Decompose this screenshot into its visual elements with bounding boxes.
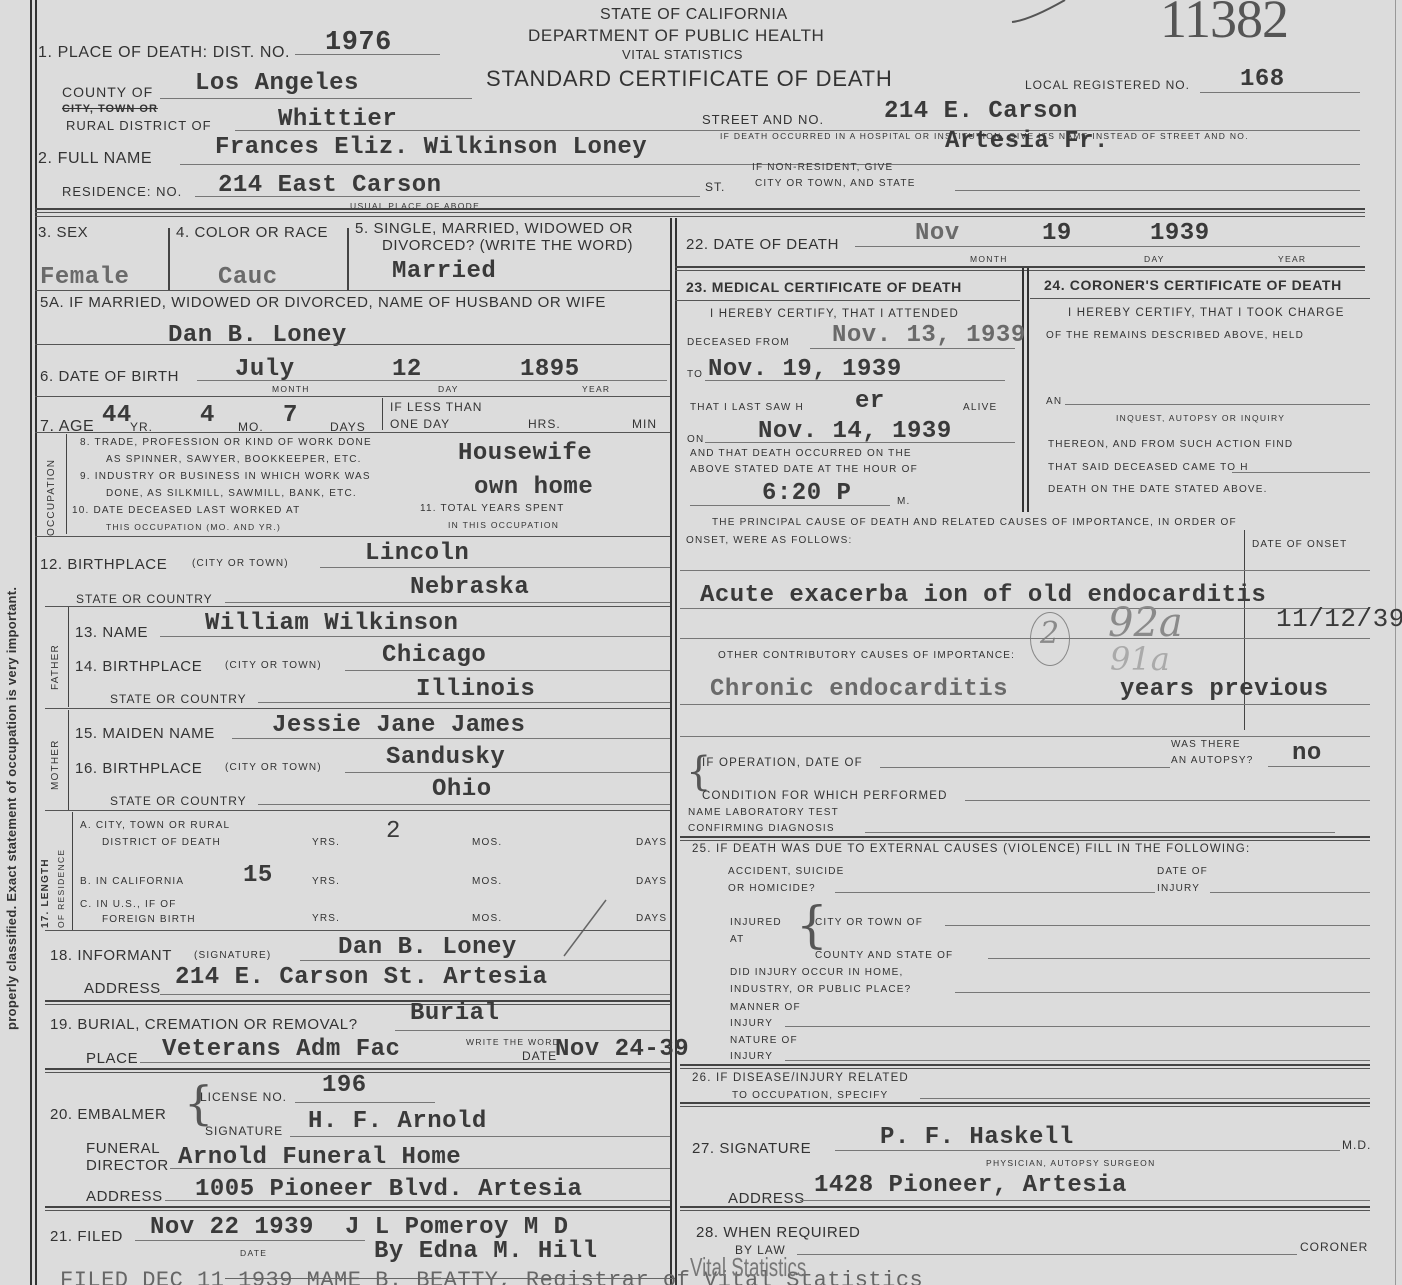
coroner-line3: thereon, and from such action find [1048,439,1293,450]
rule [45,606,670,607]
rule [810,348,1015,349]
write-word-note: write the word [466,1037,560,1047]
day-caption: Day [1144,254,1165,264]
condition-label: Condition for which performed [702,790,948,802]
rule [258,804,670,805]
trade-label-2: as spinner, sawyer, bookkeeper, etc. [106,454,362,465]
filed-officer: J L Pomeroy M D [345,1214,569,1241]
accident-label-2: or homicide? [728,883,816,894]
rule [295,1102,435,1103]
month-caption: Month [970,254,1008,264]
rule [920,1098,1370,1099]
city-note: (city or town) [225,762,322,773]
coroner-cert-title: 24. Coroner's Certificate of Death [1044,277,1342,293]
death-hour: 6:20 P [762,480,851,507]
days-label: Days [636,837,667,848]
where-label-2: industry, or public place? [730,984,911,995]
autopsy-value: no [1292,740,1322,767]
years-label-2: in this occupation [448,520,559,530]
rule [295,54,440,55]
filed-date-caption: Date [240,1248,267,1258]
injured-at-label-1: Injured [730,917,782,928]
death-day: 19 [1042,220,1072,247]
rule [988,958,1370,959]
burial-value: Burial [410,1000,499,1027]
header-state: State of California [600,6,788,24]
rule [160,636,670,637]
days-label: Days [636,876,667,887]
rule [1200,92,1360,93]
rule [45,930,670,931]
birthplace-state: Nebraska [410,574,529,601]
physician-address-label: Address [728,1190,805,1207]
res-c-label-1: C. In U.S., if of [80,899,177,910]
street-value: 214 E. Carson [884,98,1078,125]
race-label: 4. Color or Race [176,224,328,241]
year-caption: Year [582,384,610,394]
last-saw-suffix: er [855,388,885,415]
city-note: (city or town) [192,558,289,569]
one-day-label: one day [390,417,450,431]
hrs-label: Hrs. [528,417,561,431]
physician-signature: P. F. Haskell [880,1124,1074,1151]
res-b-yrs: 15 [243,862,273,889]
injury-city-label: City or town of [815,917,923,928]
county-label: County of [62,84,153,100]
md-label: M.D. [1342,1138,1371,1152]
medical-cert-title: 23. Medical Certificate of Death [686,279,962,295]
rule [345,772,670,773]
rule [680,736,1370,737]
street-label: Street and No. [702,112,824,127]
from-label: deceased from [687,337,790,348]
state-label: State or Country [110,692,247,706]
local-reg-number: 168 [1240,66,1285,93]
embalmer-signature-label: Signature [205,1124,283,1138]
section-divider [35,216,1365,217]
rule [690,505,890,506]
rule [965,800,1370,801]
cell-divider [168,228,170,290]
rule [945,925,1370,926]
cell-divider [68,710,69,810]
director-label-1: Funeral [86,1140,160,1157]
res-c-label-2: foreign birth [102,914,196,925]
frame-left [30,0,37,1285]
father-birthplace-label: 14. Birthplace [75,658,202,675]
rule [45,1206,670,1211]
mos-label: Mos. [472,876,502,887]
license-number: 196 [322,1072,367,1099]
spouse-label: 5a. If Married, Widowed or Divorced, Nam… [40,294,606,311]
other-cause: Chronic endocarditis [710,676,1008,703]
cell-divider [382,398,383,430]
manner-label-2: injury [730,1018,773,1029]
struck-city-town-label: City, Town or [62,103,158,115]
yrs-label: Yrs. [312,876,340,887]
manner-label-1: Manner of [730,1002,801,1013]
rule [797,1254,1297,1255]
rule [680,608,1370,609]
yrs-label: Yrs. [312,837,340,848]
industry-value: own home [474,474,593,501]
column-divider [670,218,677,1285]
rule [680,836,1370,841]
m-label: M. [897,496,911,507]
last-saw-date: Nov. 14, 1939 [758,418,952,445]
nonresident-label-1: If non-resident, give [752,162,893,173]
pencil-circle-number: 2 [1040,616,1059,651]
dob-label: 6. Date of Birth [40,368,179,385]
informant-address: 214 E. Carson St. Artesia [175,964,548,991]
nature-label-1: Nature of [730,1035,798,1046]
local-reg-label: Local Registered No. [1025,78,1190,92]
race-value: Cauc [218,264,278,291]
where-label-1: Did injury occur in home, [730,967,904,978]
hour-label-2: above stated date at the hour of [690,464,918,475]
mother-side-label: Mother [50,739,61,790]
rule [35,290,670,291]
coroner-suffix: Coroner [1300,1240,1368,1254]
pencil-code-2: 91a [1110,640,1170,678]
rule [195,196,700,197]
hour-label-1: and that death occurred on the [690,448,912,459]
mother-state: Ohio [432,776,492,803]
sex-label: 3. Sex [38,224,88,241]
section-divider [35,208,1365,213]
father-state: Illinois [416,676,535,703]
rule [785,1026,1370,1027]
death-certificate: properly classified. Exact statement of … [0,0,1402,1285]
less-than-label: If less than [390,400,482,414]
pencil-slash-icon [560,898,610,958]
principal-onset: 11/12/39 [1276,604,1402,634]
burial-place: Veterans Adm Fac [162,1036,400,1063]
rule [1210,892,1370,893]
autopsy-label-1: Was there [1171,739,1241,750]
occupation-related-label-1: 26. If disease/injury related [692,1072,909,1084]
industry-label-1: 9. Industry or business in which work wa… [80,471,371,482]
rural-district-label: Rural District of [66,118,212,133]
lab-label-2: confirming diagnosis [688,823,835,834]
state-label: State or Country [110,794,247,808]
rule [835,892,1155,893]
an-label: An [1046,396,1062,407]
rule [675,266,1365,271]
min-label: Min [632,417,657,431]
lab-label-1: Name laboratory test [688,807,839,818]
rule [680,1064,1370,1069]
mother-name: Jessie Jane James [272,712,525,739]
accident-label-1: Accident, suicide [728,866,845,877]
rule [880,767,1170,768]
filed-label: 21. Filed [50,1228,123,1245]
state-label: State or Country [76,592,213,606]
embalmer-signature: H. F. Arnold [308,1108,487,1135]
rule [675,300,1020,301]
rule [680,638,1370,639]
operation-label: If operation, date of [702,757,863,769]
date-onset-label: Date of onset [1252,539,1347,550]
rule [45,810,670,811]
nonresident-label-2: city or town, and state [755,178,916,189]
rule [225,602,670,603]
date-of-death-label: 22. Date of Death [686,236,839,253]
embalmer-label: 20. Embalmer [50,1106,166,1123]
residence-value: 214 East Carson [218,172,442,199]
attended-to: Nov. 19, 1939 [708,356,902,383]
dob-year: 1895 [520,356,580,383]
rule [680,1102,1370,1107]
physician-signature-label: 27. Signature [692,1140,811,1157]
other-cause-onset: years previous [1120,676,1329,703]
res-b-label: B. In California [80,876,184,887]
coroner-line1: I hereby certify, that I took charge [1068,307,1345,319]
birthplace-label: 12. Birthplace [40,556,167,573]
dob-day: 12 [392,356,422,383]
filed-by: By Edna M. Hill [374,1238,598,1265]
other-causes-label: Other contributory causes of importance: [718,650,1015,661]
injury-county-label: County and State of [815,950,953,961]
rule [680,570,1370,571]
rule [35,344,670,345]
rule [165,1200,670,1201]
mos-label: Mos. [472,837,502,848]
coroner-line4: that said deceased came to h [1048,462,1249,473]
father-name: William Wilkinson [205,610,458,637]
county-value: Los Angeles [195,70,359,97]
physician-caption: Physician, autopsy surgeon [986,1158,1156,1168]
header-department: Department of Public Health [528,26,824,46]
marital-label-2: Divorced? (write the word) [382,237,633,254]
page-title: Standard Certificate of Death [486,66,893,92]
father-side-label: Father [50,644,61,690]
alive-label: alive [963,402,997,413]
cell-divider [1022,268,1029,512]
mother-birthplace-label: 16. Birthplace [75,760,202,777]
header-division: Vital Statistics [622,47,743,62]
last-worked-label-2: this occupation (mo. and yr.) [106,522,281,532]
rule [1065,404,1370,405]
coroner-label-1: 28. When required [696,1224,860,1241]
full-name-label: 2. Full Name [38,150,152,168]
physician-address: 1428 Pioneer, Artesia [814,1172,1127,1199]
year-caption: Year [1278,254,1306,264]
checkmark-icon [1010,0,1070,28]
rule [258,702,670,703]
cell-divider [66,434,67,534]
age-months: 4 [200,402,215,429]
rule [865,832,1335,833]
date-injury-label-2: injury [1157,883,1200,894]
signature-note: (signature) [194,950,271,961]
age-label: 7. Age [40,418,94,436]
embalmer-address-label: Address [86,1188,163,1205]
birthplace-city: Lincoln [365,540,469,567]
to-label: to [687,369,703,380]
cell-divider [72,812,73,930]
injured-at-label-2: at [730,934,744,945]
file-number: 11382 [1160,0,1288,50]
years-label-1: 11. Total years spent [420,503,565,514]
res-a-mos: 2 [386,818,401,845]
industry-label-2: done, as silkmill, sawmill, bank, etc. [106,488,357,499]
rule [785,1060,1370,1061]
rule [705,380,1005,381]
rule [140,1062,670,1063]
res-a-label-2: district of death [102,837,221,848]
causes-intro-2: onset, were as follows: [686,535,853,546]
last-saw-label: that I last saw h [690,402,804,413]
burial-date: Nov 24-39 [555,1036,689,1063]
external-causes-title: 25. If death was due to external causes … [692,843,1250,855]
trade-value: Housewife [458,440,592,467]
full-name-value: Frances Eliz. Wilkinson Loney [215,134,647,161]
rule [955,992,1370,993]
burial-label: 19. Burial, Cremation or Removal? [50,1016,358,1033]
embalmer-address: 1005 Pioneer Blvd. Artesia [195,1176,582,1203]
city-note: (city or town) [225,660,322,671]
rule [35,396,670,397]
autopsy-label-2: an autopsy? [1171,755,1254,766]
rule [197,380,667,381]
age-days: 7 [283,402,298,429]
rule [232,738,670,739]
district-value: Whittier [278,106,397,133]
dob-month: July [235,356,295,383]
rule [35,432,670,433]
rule [35,536,670,537]
yrs-label: Yrs. [312,913,340,924]
rule [800,1200,1370,1201]
marital-label-1: 5. Single, Married, Widowed or [355,220,633,237]
rule [680,1206,1370,1211]
license-label: License No. [200,1090,287,1104]
attended-from: Nov. 13, 1939 [832,322,1026,349]
rule [680,704,1370,705]
days-label: Days [636,913,667,924]
rule [955,190,1360,191]
rule [45,708,670,709]
cell-divider [68,607,69,707]
mos-label: Mos. [472,913,502,924]
marital-value: Married [392,258,496,285]
occupation-related-label-2: to occupation, specify [732,1090,888,1101]
rule [1268,766,1370,767]
rule [160,98,472,99]
strike-line [225,1278,675,1279]
rule [1232,472,1370,473]
rule [290,1136,670,1137]
burial-date-label: Date [522,1049,557,1063]
mother-name-label: 15. Maiden Name [75,725,215,742]
place-of-death-label: 1. Place of Death: Dist. No. [38,44,290,62]
rule [835,1150,1340,1151]
rule [1030,298,1370,299]
age-years: 44 [102,402,132,429]
residence-label: Residence: No. [62,184,182,199]
vital-statistics-stamp: Vital Statistics [690,1252,806,1283]
rule [320,567,670,568]
informant-name: Dan B. Loney [338,934,517,961]
occupation-side-label: Occupation [46,459,57,536]
medical-cert-line1: I hereby certify, that I attended [710,308,959,320]
coroner-line5: death on the date stated above. [1048,484,1268,495]
director-label-2: Director [86,1157,169,1174]
sex-value: Female [40,264,129,291]
residence-st-label: St. [705,180,725,194]
on-label: on [687,434,704,445]
rule [705,442,1015,443]
residence-length-side-label-2: of Residence [56,849,66,928]
funeral-director: Arnold Funeral Home [178,1144,461,1171]
coroner-line2: of the remains described above, held [1046,330,1304,341]
frame-right [1395,0,1396,1285]
trade-label-1: 8. Trade, profession or kind of work don… [80,437,372,448]
rule [395,1030,670,1031]
informant-label: 18. Informant [50,947,172,964]
rule [160,994,670,995]
rule [855,246,1360,247]
death-month: Nov [915,220,960,247]
father-name-label: 13. Name [75,624,148,641]
death-year: 1939 [1150,220,1210,247]
burial-place-label: Place [86,1050,138,1067]
rule [345,670,670,671]
last-worked-label-1: 10. Date deceased last worked at [72,505,300,516]
causes-intro-1: The principal cause of death and related… [712,517,1237,528]
rule [45,1000,670,1005]
hospital-value: Artesia Fr. [945,128,1109,155]
inquest-caption: Inquest, autopsy or inquiry [1116,413,1285,423]
rule [135,1240,365,1241]
father-city: Chicago [382,642,486,669]
month-caption: Month [272,384,310,394]
residence-length-side-label-1: 17. Length [40,858,51,928]
rule [300,960,670,961]
date-injury-label-1: Date of [1157,866,1208,877]
cell-divider [347,228,349,290]
filed-date: Nov 22 1939 [150,1214,314,1241]
informant-address-label: Address [84,980,161,997]
rule [170,1168,670,1169]
day-caption: Day [438,384,459,394]
res-a-label-1: A. City, town or rural [80,820,230,831]
mother-city: Sandusky [386,744,505,771]
margin-note: properly classified. Exact statement of … [4,587,19,1030]
nature-label-2: injury [730,1051,773,1062]
